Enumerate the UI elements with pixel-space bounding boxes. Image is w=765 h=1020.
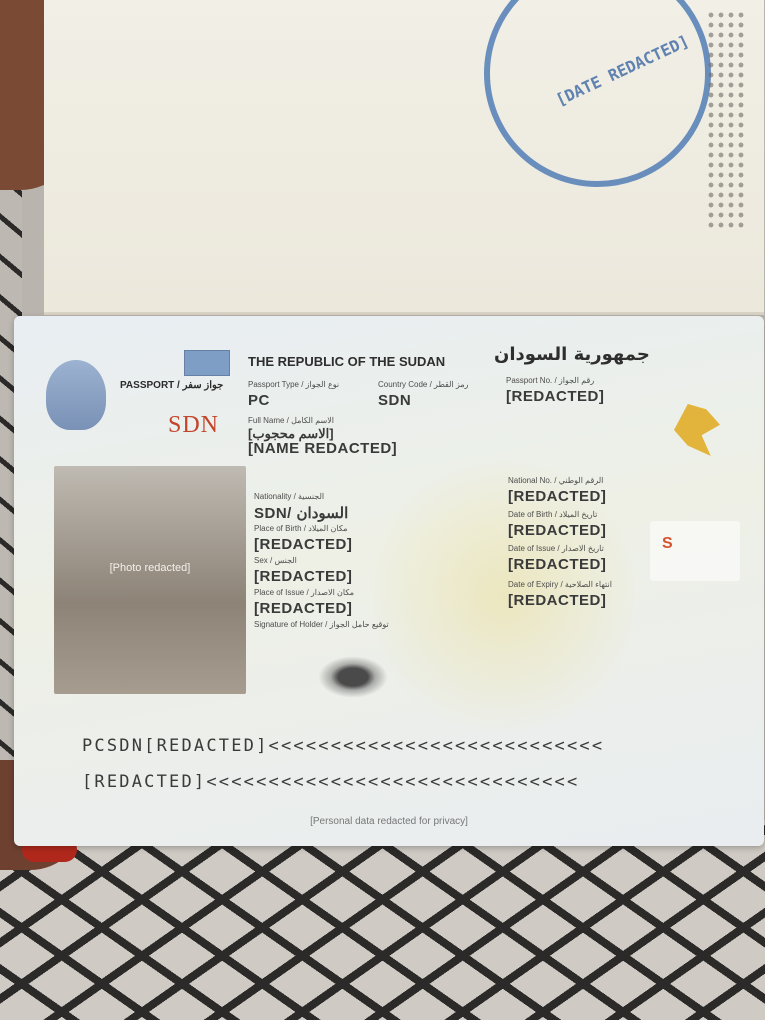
flag-icon <box>184 350 230 376</box>
entry-stamp: [DATE REDACTED] <box>484 0 711 187</box>
date-of-expiry-label: Date of Expiry / انتهاء الصلاحية <box>508 580 612 589</box>
passport-no-value: [REDACTED] <box>506 388 604 405</box>
national-no-value: [REDACTED] <box>508 488 606 505</box>
photo-placeholder: [Photo redacted] <box>54 562 246 574</box>
ghost-image-mark: S <box>662 535 673 553</box>
nationality-label: Nationality / الجنسية <box>254 492 324 501</box>
date-of-issue-label: Date of Issue / تاريخ الاصدار <box>508 544 604 553</box>
mrz-line-2: [REDACTED]<<<<<<<<<<<<<<<<<<<<<<<<<<<<<< <box>82 772 579 792</box>
date-of-issue-value: [REDACTED] <box>508 556 606 573</box>
passport-type-label: Passport Type / نوع الجواز <box>248 380 339 389</box>
redaction-note: [Personal data redacted for privacy] <box>14 816 764 827</box>
place-of-birth-label: Place of Birth / مكان الميلاد <box>254 524 348 533</box>
place-of-issue-value: [REDACTED] <box>254 600 352 617</box>
full-name-label: Full Name / الاسم الكامل <box>248 416 334 425</box>
holder-photo: [Photo redacted] <box>54 466 246 694</box>
sex-value: [REDACTED] <box>254 568 352 585</box>
issuer-name-ar: جمهورية السودان <box>494 344 650 365</box>
country-code-value: SDN <box>378 392 411 409</box>
mrz-line-1: PCSDN[REDACTED]<<<<<<<<<<<<<<<<<<<<<<<<<… <box>82 736 604 756</box>
passport-data-page: PASSPORT / جواز سفر THE REPUBLIC OF THE … <box>14 316 764 846</box>
full-name-value: [NAME REDACTED] <box>248 440 397 457</box>
holder-signature <box>318 656 388 698</box>
ghost-image: S <box>650 521 740 581</box>
document-type-en: PASSPORT <box>120 380 174 391</box>
place-of-issue-label: Place of Issue / مكان الاصدار <box>254 588 354 597</box>
issuer-name-en: THE REPUBLIC OF THE SUDAN <box>248 354 445 369</box>
metal-grate-background <box>0 820 765 1020</box>
signature-label: Signature of Holder / توقيع حامل الجواز <box>254 620 389 629</box>
coat-of-arms-icon <box>46 360 106 430</box>
date-of-expiry-value: [REDACTED] <box>508 592 606 609</box>
visa-page: [DATE REDACTED] <box>44 0 764 315</box>
perforated-serial <box>706 10 746 230</box>
gold-emblem-icon <box>674 404 720 456</box>
document-type-ar: جواز سفر <box>183 380 224 391</box>
date-of-birth-label: Date of Birth / تاريخ الميلاد <box>508 510 597 519</box>
stamp-date: [DATE REDACTED] <box>553 31 692 109</box>
sex-label: Sex / الجنس <box>254 556 297 565</box>
place-of-birth-value: [REDACTED] <box>254 536 352 553</box>
nationality-value: SDN/ السودان <box>254 504 348 522</box>
date-of-birth-value: [REDACTED] <box>508 522 606 539</box>
issuer-code-ovi: SDN <box>168 412 219 439</box>
national-no-label: National No. / الرقم الوطني <box>508 476 603 485</box>
passport-no-label: Passport No. / رقم الجواز <box>506 376 594 385</box>
document-type-label: PASSPORT / جواز سفر <box>120 380 223 391</box>
passport-type-value: PC <box>248 392 270 409</box>
country-code-label: Country Code / رمز القطر <box>378 380 469 389</box>
